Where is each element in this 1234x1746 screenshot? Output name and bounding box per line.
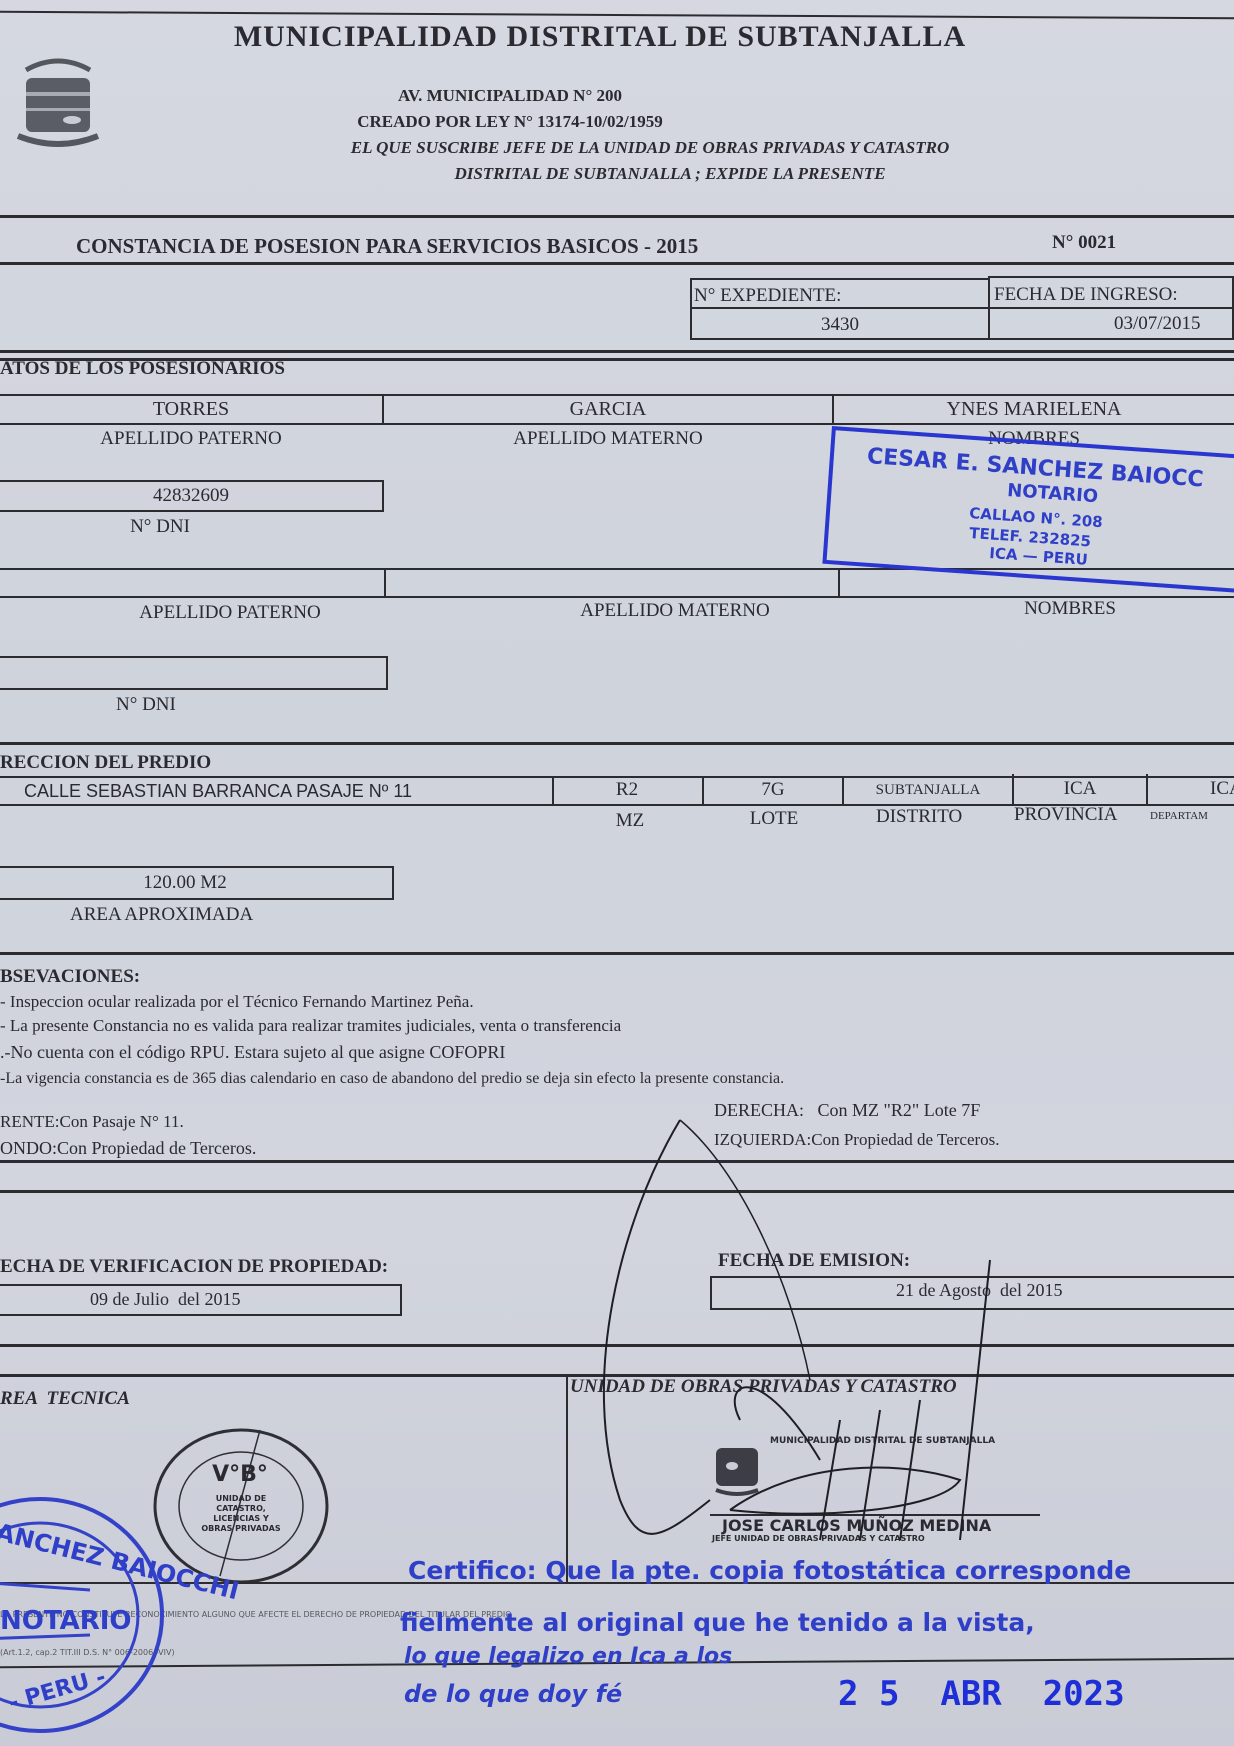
creation-law: CREADO POR LEY N° 13174-10/02/1959 [250, 112, 770, 132]
certificate-number: N° 0021 [1052, 232, 1116, 254]
verificacion-label: ECHA DE VERIFICACION DE PROPIEDAD: [0, 1256, 388, 1278]
posesionarios-title: ATOS DE LOS POSESIONARIOS [0, 358, 285, 380]
municipality-address: AV. MUNICIPALIDAD N° 200 [250, 86, 770, 106]
observacion-3: .-No cuenta con el código RPU. Estara su… [0, 1042, 505, 1063]
holder1-apellido-materno: GARCIA [384, 398, 832, 421]
predio-provincia: ICA [1014, 778, 1146, 800]
observaciones-title: BSEVACIONES: [0, 966, 140, 988]
fecha-ingreso-value: 03/07/2015 [1114, 313, 1201, 335]
rule [0, 262, 1234, 265]
expediente-label: N° EXPEDIENTE: [694, 285, 841, 307]
predio-mz: R2 [552, 779, 702, 801]
observacion-1: - Inspeccion ocular realizada por el Téc… [0, 992, 474, 1012]
observacion-2: - La presente Constancia no es valida pa… [0, 1016, 621, 1036]
holder2-dni-box [0, 656, 388, 690]
area-label: AREA APROXIMADA [70, 904, 253, 926]
label-provincia: PROVINCIA [1014, 804, 1117, 826]
expediente-value: 3430 [690, 314, 990, 336]
label-apellido-materno-2: APELLIDO MATERNO [500, 600, 850, 622]
lindero-fondo: ONDO:Con Propiedad de Terceros. [0, 1138, 256, 1159]
municipality-name: MUNICIPALIDAD DISTRITAL DE SUBTANJALLA [150, 20, 1050, 54]
seal-inner-text: UNIDAD DE CATASTRO, LICENCIAS Y OBRAS PR… [200, 1494, 282, 1534]
label-lote: LOTE [714, 808, 834, 830]
label-mz: MZ [580, 810, 680, 832]
holder1-dni: 42832609 [0, 485, 382, 507]
area-tecnica-label: REA TECNICA [0, 1388, 130, 1410]
lindero-frente: RENTE:Con Pasaje N° 11. [0, 1112, 184, 1132]
label-distrito: DISTRITO [876, 806, 962, 828]
area-value: 120.00 M2 [0, 872, 370, 894]
rule [0, 394, 1234, 396]
top-rule [0, 11, 1234, 19]
rule [0, 423, 1234, 425]
label-apellido-paterno-2: APELLIDO PATERNO [60, 602, 400, 624]
fecha-ingreso-label: FECHA DE INGRESO: [994, 284, 1178, 306]
round-stamp-mid: NOTARIO [0, 1606, 132, 1636]
predio-title: RECCION DEL PREDIO [0, 752, 211, 774]
seal-vb: V°B° [190, 1462, 290, 1487]
label-nombres-2: NOMBRES [960, 598, 1180, 620]
handwritten-signature [560, 1080, 1060, 1560]
label-apellido-paterno: APELLIDO PATERNO [0, 428, 382, 450]
label-dni-2: N° DNI [116, 694, 176, 716]
certificate-title: CONSTANCIA DE POSESION PARA SERVICIOS BA… [76, 234, 698, 259]
rule [0, 952, 1234, 955]
label-departamento: DEPARTAM [1150, 810, 1208, 822]
divider [1146, 774, 1148, 804]
holder1-apellido-paterno: TORRES [0, 398, 382, 421]
rule [0, 742, 1234, 745]
municipal-crest-icon [8, 52, 108, 152]
predio-direccion: CALLE SEBASTIAN BARRANCA PASAJE Nº 11 [24, 781, 412, 802]
predio-lote: 7G [704, 779, 842, 801]
certification-line-4: de lo que doy fé [404, 1680, 622, 1708]
divider [384, 568, 386, 596]
label-apellido-materno: APELLIDO MATERNO [384, 428, 832, 450]
verificacion-value: 09 de Julio del 2015 [90, 1289, 241, 1310]
label-dni: N° DNI [0, 516, 320, 538]
rule [0, 215, 1234, 218]
certification-line-3: lo que legalizo en Ica a los [404, 1644, 732, 1669]
certification-date-stamp: 2 5 ABR 2023 [838, 1674, 1125, 1714]
predio-distrito: SUBTANJALLA [844, 782, 1012, 799]
rule [690, 307, 1234, 309]
holder1-nombres: YNES MARIELENA [834, 398, 1234, 421]
predio-departamento: ICA [1210, 778, 1234, 800]
certification-line-1: Certifico: Que la pte. copia fotostática… [408, 1556, 1131, 1585]
rule [0, 350, 1234, 353]
certification-line-2: fielmente al original que he tenido a la… [400, 1608, 1035, 1637]
issuer-line-2: DISTRITAL DE SUBTANJALLA ; EXPIDE LA PRE… [330, 164, 1010, 184]
divider [838, 568, 840, 596]
issuer-line-1: EL QUE SUSCRIBE JEFE DE LA UNIDAD DE OBR… [220, 138, 1080, 158]
